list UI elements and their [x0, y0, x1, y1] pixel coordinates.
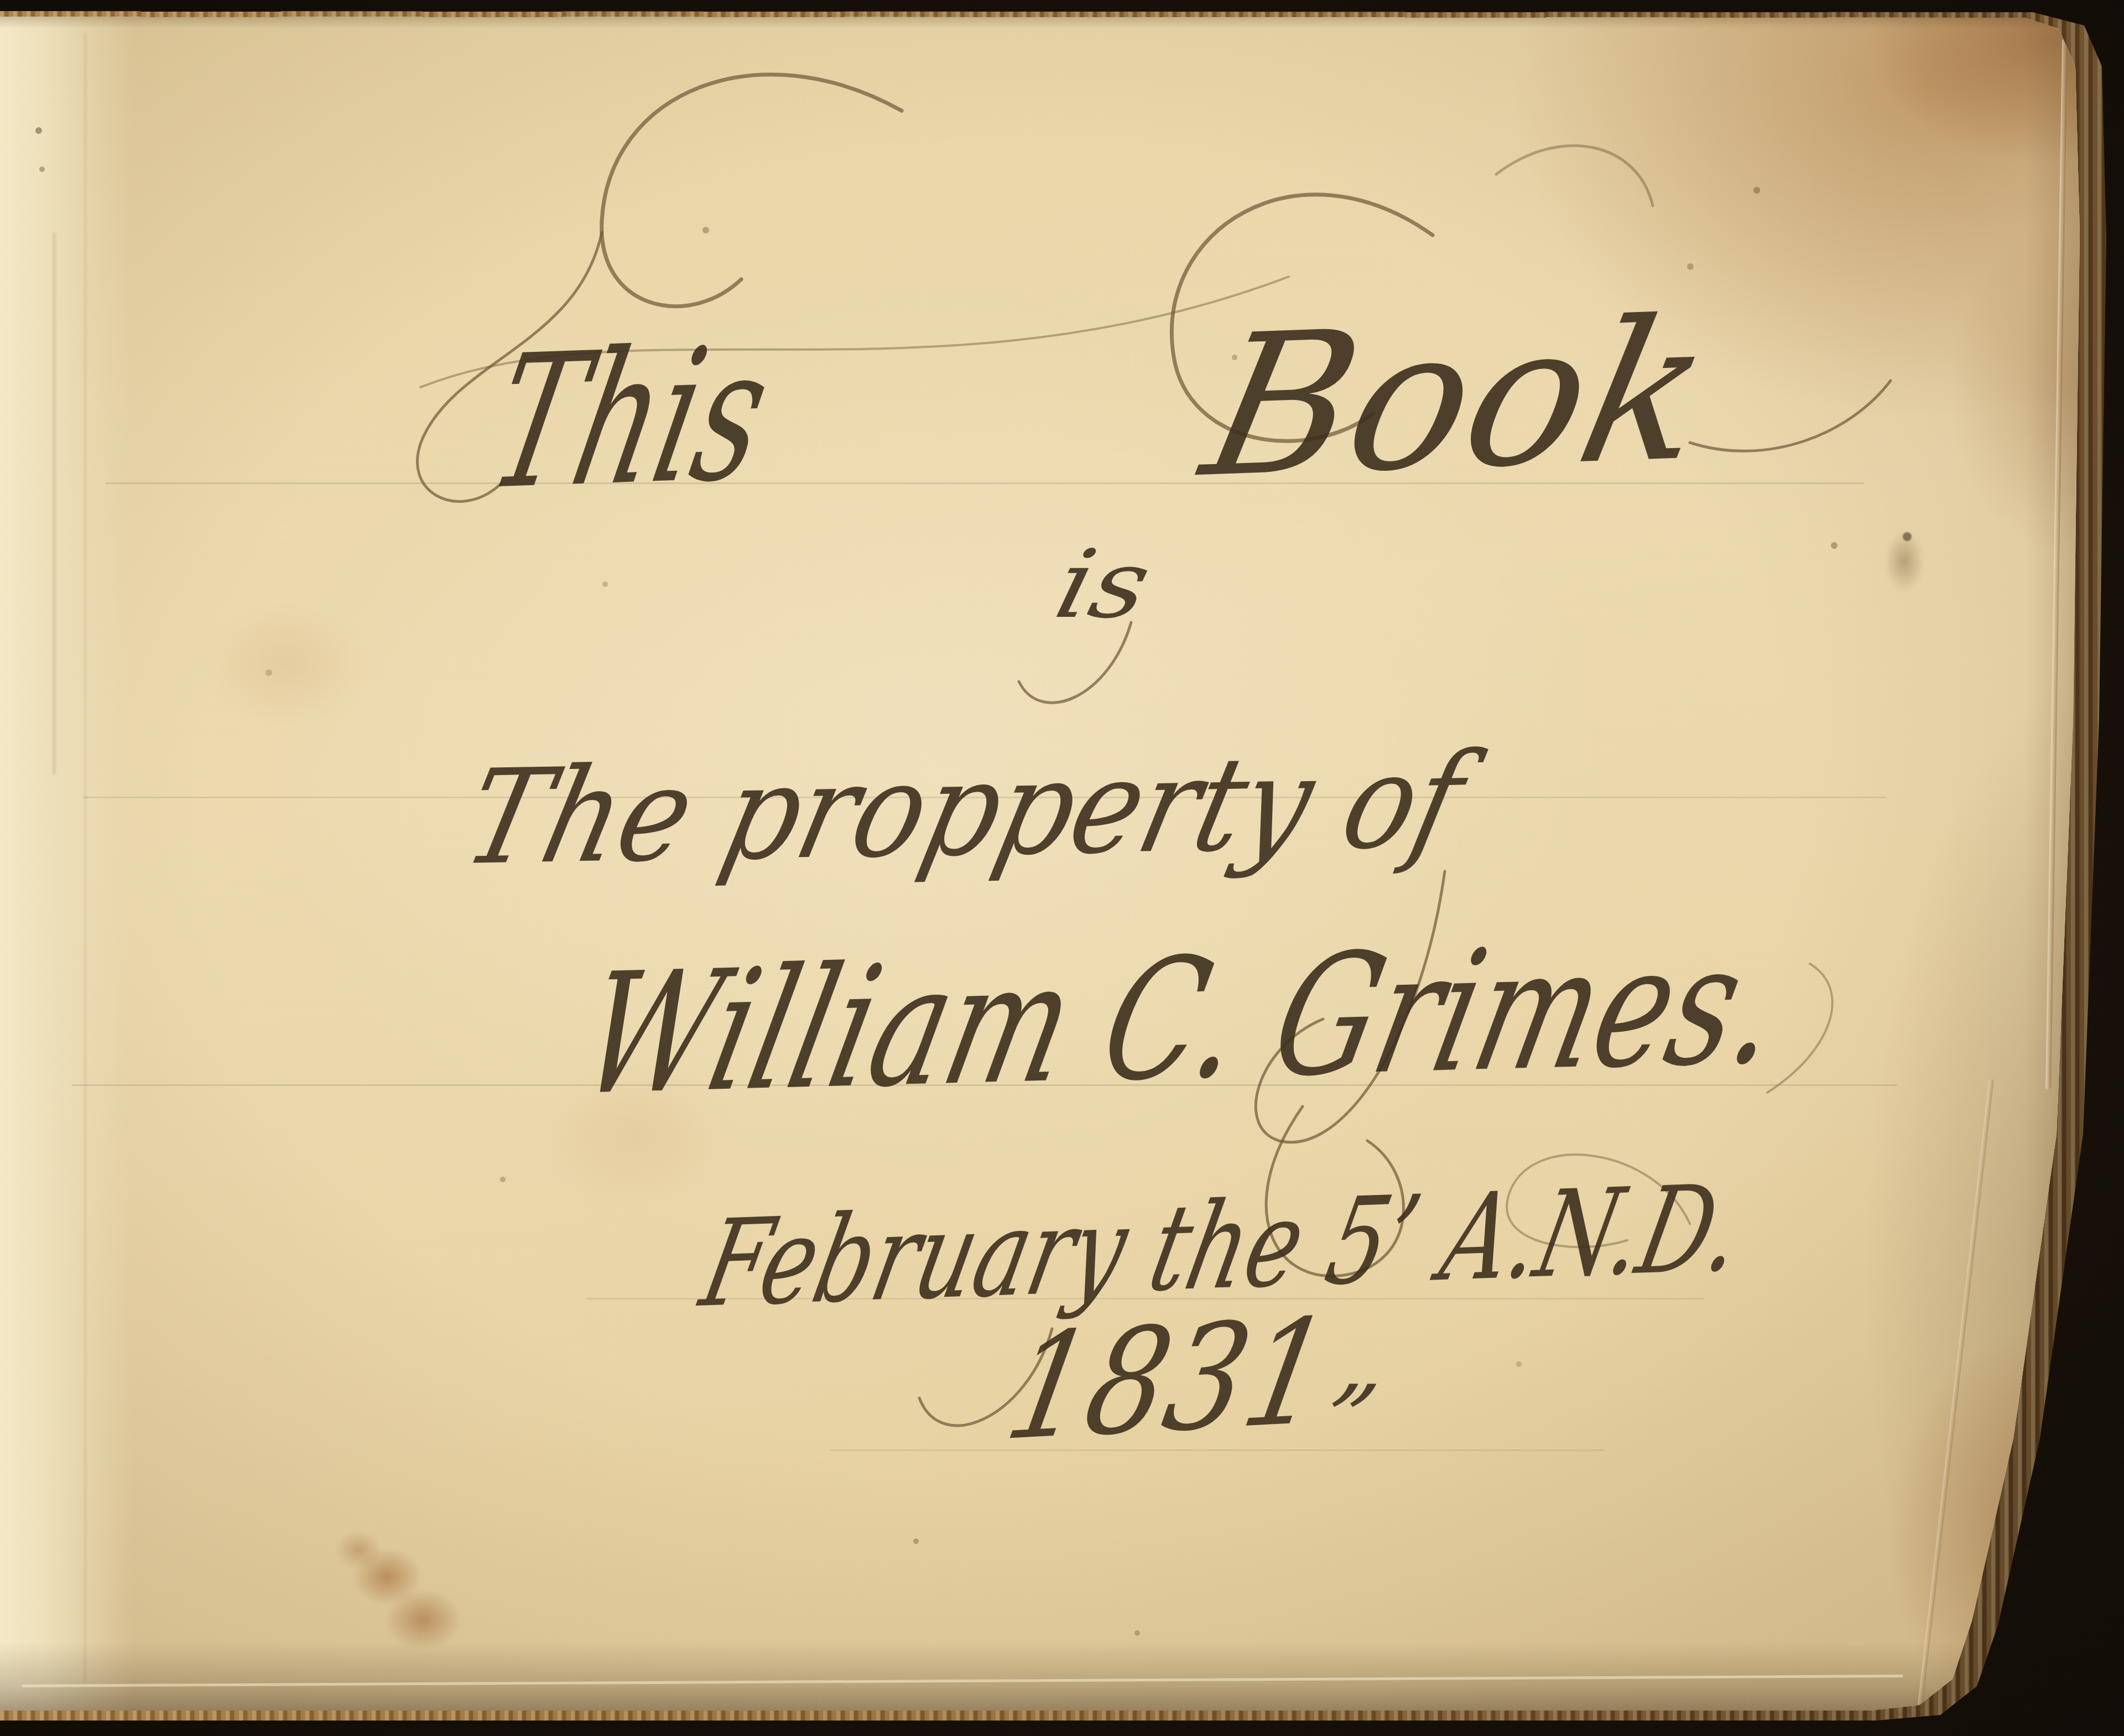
flourish-book-tail	[1690, 381, 1891, 451]
manuscript-page: This Book is The propperty of William C.…	[0, 0, 2124, 1736]
foxing-specks	[0, 0, 4, 4]
inscription-calligraphy: This Book is The propperty of William C.…	[0, 0, 2124, 1736]
inscription-year-end-mark: „	[1326, 1307, 1402, 1416]
inscription-word-book: Book	[1185, 276, 1728, 521]
flourish-t-swash	[602, 75, 902, 306]
inscription-line-owner-name: William C. Grimes.	[566, 906, 1798, 1132]
photographed-book-page: This Book is The propperty of William C.…	[0, 0, 2124, 1736]
flourish-b-top	[1496, 145, 1653, 206]
inscription-word-is: is	[1045, 529, 1161, 639]
inscription-line-property: The propperty of	[452, 725, 1494, 895]
inscription-year: 1831	[995, 1287, 1342, 1473]
inscription-word-this: This	[475, 307, 785, 531]
